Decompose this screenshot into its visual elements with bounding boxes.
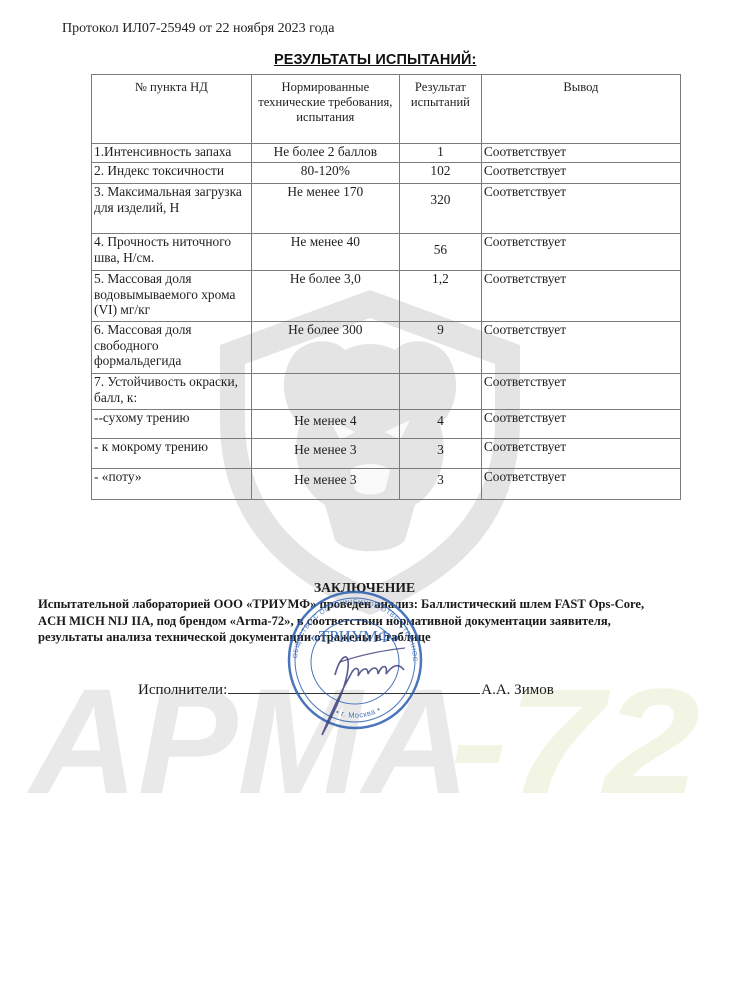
row-requirement-cell: Не менее 3 bbox=[251, 469, 399, 500]
document-page: Протокол ИЛ07-25949 от 22 ноября 2023 го… bbox=[0, 0, 729, 1000]
signature-label: Исполнители: bbox=[138, 682, 227, 698]
row-item-cell: 5. Массовая доля водовымываемого хрома (… bbox=[92, 271, 252, 322]
table-row: 3. Максимальная загрузка для изделий, НН… bbox=[92, 184, 681, 234]
row-requirement-cell: Не более 2 баллов bbox=[251, 144, 399, 163]
table-row: 7. Устойчивость окраски, балл, к:Соответ… bbox=[92, 374, 681, 410]
row-item-cell: - «поту» bbox=[92, 469, 252, 500]
row-item-cell: --сухому трению bbox=[92, 410, 252, 439]
conclusion-title: ЗАКЛЮЧЕНИЕ bbox=[0, 580, 729, 596]
row-conclusion-cell: Соответствует bbox=[481, 163, 680, 184]
row-item-cell: - к мокрому трению bbox=[92, 439, 252, 469]
table-row: 1.Интенсивность запахаНе более 2 баллов1… bbox=[92, 144, 681, 163]
row-conclusion-cell: Соответствует bbox=[481, 234, 680, 271]
row-requirement-cell: Не более 3,0 bbox=[251, 271, 399, 322]
table-row: - «поту»Не менее 33Соответствует bbox=[92, 469, 681, 500]
results-table: № пункта НД Нормированные технические тр… bbox=[91, 74, 681, 500]
row-result-cell: 320 bbox=[399, 184, 481, 234]
results-title: РЕЗУЛЬТАТЫ ИСПЫТАНИЙ: bbox=[274, 52, 476, 68]
row-requirement-cell: Не менее 40 bbox=[251, 234, 399, 271]
column-header-conclusion: Вывод bbox=[481, 75, 680, 144]
row-result-cell: 102 bbox=[399, 163, 481, 184]
row-item-cell: 1.Интенсивность запаха bbox=[92, 144, 252, 163]
row-item-cell: 3. Максимальная загрузка для изделий, Н bbox=[92, 184, 252, 234]
row-item-cell: 4. Прочность ниточного шва, Н/см. bbox=[92, 234, 252, 271]
row-result-cell bbox=[399, 374, 481, 410]
row-result-cell: 3 bbox=[399, 469, 481, 500]
row-conclusion-cell: Соответствует bbox=[481, 374, 680, 410]
row-requirement-cell: Не менее 170 bbox=[251, 184, 399, 234]
table-row: --сухому трениюНе менее 44Соответствует bbox=[92, 410, 681, 439]
row-result-cell: 1,2 bbox=[399, 271, 481, 322]
signature-row: Исполнители:А.А. Зимов bbox=[138, 678, 554, 699]
row-conclusion-cell: Соответствует bbox=[481, 144, 680, 163]
row-result-cell: 9 bbox=[399, 322, 481, 374]
table-header-row: № пункта НД Нормированные технические тр… bbox=[92, 75, 681, 144]
row-conclusion-cell: Соответствует bbox=[481, 410, 680, 439]
row-result-cell: 3 bbox=[399, 439, 481, 469]
table-row: 2. Индекс токсичности80-120%102Соответст… bbox=[92, 163, 681, 184]
row-result-cell: 56 bbox=[399, 234, 481, 271]
row-conclusion-cell: Соответствует bbox=[481, 184, 680, 234]
table-row: 6. Массовая доля свободного формальдегид… bbox=[92, 322, 681, 374]
row-requirement-cell: Не менее 3 bbox=[251, 439, 399, 469]
row-requirement-cell: 80-120% bbox=[251, 163, 399, 184]
column-header-requirement: Нормированные технические требования, ис… bbox=[251, 75, 399, 144]
protocol-header: Протокол ИЛ07-25949 от 22 ноября 2023 го… bbox=[62, 21, 335, 37]
column-header-result: Результат испытаний bbox=[399, 75, 481, 144]
signer-name: А.А. Зимов bbox=[481, 682, 554, 698]
signature-line bbox=[228, 678, 480, 694]
row-conclusion-cell: Соответствует bbox=[481, 322, 680, 374]
column-header-item: № пункта НД bbox=[92, 75, 252, 144]
row-requirement-cell: Не более 300 bbox=[251, 322, 399, 374]
table-row: - к мокрому трениюНе менее 33Соответству… bbox=[92, 439, 681, 469]
row-result-cell: 4 bbox=[399, 410, 481, 439]
row-result-cell: 1 bbox=[399, 144, 481, 163]
row-conclusion-cell: Соответствует bbox=[481, 469, 680, 500]
row-conclusion-cell: Соответствует bbox=[481, 439, 680, 469]
table-row: 5. Массовая доля водовымываемого хрома (… bbox=[92, 271, 681, 322]
row-item-cell: 6. Массовая доля свободного формальдегид… bbox=[92, 322, 252, 374]
row-requirement-cell: Не менее 4 bbox=[251, 410, 399, 439]
row-item-cell: 2. Индекс токсичности bbox=[92, 163, 252, 184]
conclusion-text: Испытательной лабораторией ООО «ТРИУМФ» … bbox=[38, 596, 658, 646]
row-requirement-cell bbox=[251, 374, 399, 410]
table-row: 4. Прочность ниточного шва, Н/см.Не мене… bbox=[92, 234, 681, 271]
row-conclusion-cell: Соответствует bbox=[481, 271, 680, 322]
row-item-cell: 7. Устойчивость окраски, балл, к: bbox=[92, 374, 252, 410]
